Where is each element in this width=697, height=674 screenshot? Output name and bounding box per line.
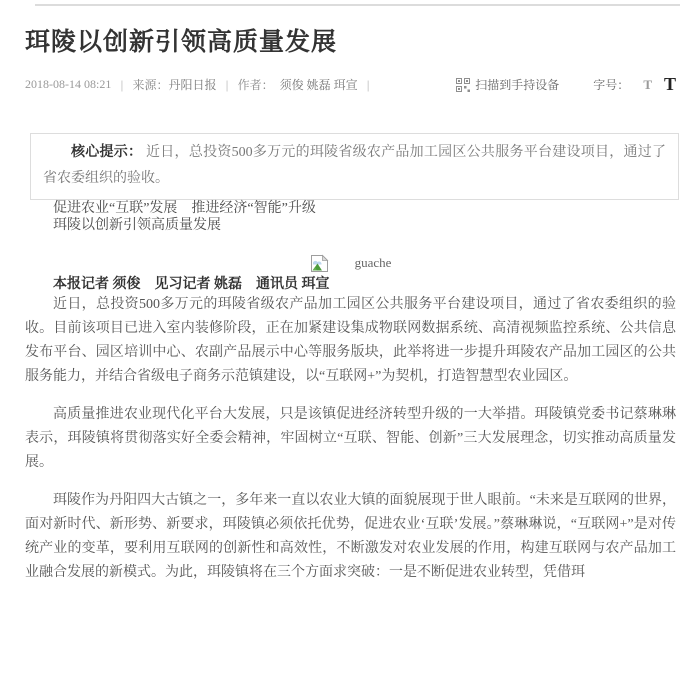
page-title: 珥陵以创新引领高质量发展 bbox=[25, 26, 676, 58]
core-tip-label: 核心提示： bbox=[71, 145, 142, 160]
author-label: 作者： bbox=[238, 76, 274, 93]
article-paragraph: 近日，总投资500多万元的珥陵省级农产品加工园区公共服务平台建设项目，通过了省农… bbox=[25, 293, 676, 389]
core-tip-box: 核心提示： 近日，总投资500多万元的珥陵省级农产品加工园区公共服务平台建设项目… bbox=[30, 133, 679, 200]
font-size-label: 字号： bbox=[593, 76, 629, 93]
scan-to-device-label: 扫描到手持设备 bbox=[475, 76, 559, 93]
article-subtitle-2: 珥陵以创新引领高质量发展 bbox=[25, 217, 676, 234]
qr-scan-icon bbox=[456, 78, 475, 92]
article-paragraph: 高质量推进农业现代化平台大发展，只是该镇促进经济转型升级的一大举措。珥陵镇党委书… bbox=[25, 403, 676, 475]
meta-separator: | bbox=[120, 78, 123, 92]
article-paragraph: 珥陵作为丹阳四大古镇之一，多年来一直以农业大镇的面貌展现于世人眼前。“未来是互联… bbox=[25, 489, 676, 585]
publish-datetime: 2018-08-14 08:21 bbox=[25, 77, 111, 92]
image-alt-text: guache bbox=[355, 251, 392, 275]
meta-separator: | bbox=[225, 78, 228, 92]
article-subtitle-1: 促进农业“互联”发展 推进经济“智能”升级 bbox=[25, 200, 676, 217]
author-names: 须俊 姚磊 珥宣 bbox=[280, 76, 358, 93]
font-size-increase-button[interactable]: T bbox=[664, 74, 676, 95]
article-body: 促进农业“互联”发展 推进经济“智能”升级 珥陵以创新引领高质量发展 guach… bbox=[0, 200, 697, 585]
font-size-controls: 字号： T T bbox=[593, 74, 676, 95]
font-size-decrease-button[interactable]: T bbox=[643, 77, 652, 93]
source-value: 丹阳日报 bbox=[168, 76, 216, 93]
article-header: 珥陵以创新引领高质量发展 2018-08-14 08:21 | 来源： 丹阳日报… bbox=[0, 26, 697, 95]
source-label: 来源： bbox=[132, 76, 168, 93]
article-meta-row: 2018-08-14 08:21 | 来源： 丹阳日报 | 作者： 须俊 姚磊 … bbox=[25, 74, 676, 95]
scan-to-device-button[interactable]: 扫描到手持设备 bbox=[456, 76, 559, 93]
article-image-placeholder: guache bbox=[25, 250, 676, 276]
broken-image-icon bbox=[310, 254, 329, 273]
reporter-byline: 本报记者 须俊 见习记者 姚磊 通讯员 珥宣 bbox=[25, 276, 676, 293]
meta-separator: | bbox=[367, 78, 370, 92]
meta-tools: 扫描到手持设备 字号： T T bbox=[456, 74, 676, 95]
top-divider bbox=[35, 4, 680, 6]
